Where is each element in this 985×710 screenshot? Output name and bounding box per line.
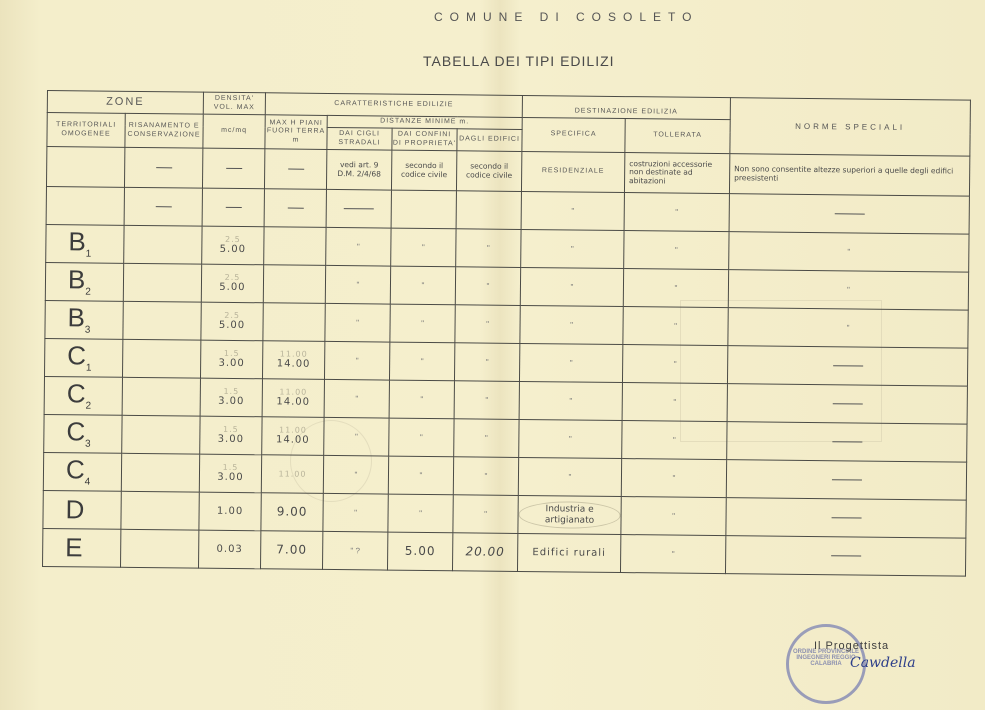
- max-height-cell: 9.00: [261, 493, 323, 532]
- property-distance-cell: ": [388, 456, 453, 495]
- density-cell: 1.00: [199, 492, 261, 531]
- header-from-road-edges: DAI CIGLI STRADALI: [327, 127, 392, 150]
- designer-signature: Cawdella: [850, 655, 916, 671]
- header-max-height: MAX H PIANI FUORI TERRA m: [265, 115, 327, 150]
- building-distance-cell: ": [453, 457, 518, 496]
- density-cell: 0.03: [199, 530, 261, 569]
- building-distance-cell: ": [454, 343, 519, 382]
- specific-use-cell: ": [520, 267, 623, 306]
- building-distance-cell: ": [455, 305, 520, 344]
- max-height-cell: 7.00: [260, 531, 322, 570]
- rehabilitation-cell: [122, 377, 200, 416]
- special-rules-cell: [729, 194, 969, 235]
- header-zone: ZONE: [47, 91, 203, 115]
- building-distance-cell: [456, 191, 521, 230]
- zone-cell: C4: [43, 452, 121, 491]
- special-rules-cell: [726, 460, 966, 501]
- zone-cell: C1: [44, 338, 122, 377]
- rehabilitation-cell: [124, 147, 202, 188]
- tolerated-use-cell: ": [623, 269, 728, 308]
- header-from-property-lines: DAI CONFINI DI PROPRIETA': [392, 128, 457, 151]
- property-distance-cell: ": [388, 494, 453, 533]
- road-distance-cell: ": [323, 493, 388, 532]
- property-distance-cell: ": [390, 266, 455, 305]
- building-distance-cell: ": [456, 229, 521, 268]
- header-special-rules: NORME SPECIALI: [730, 98, 971, 157]
- header-territorial-zones: TERRITORIALI OMOGENEE: [47, 113, 125, 148]
- rehabilitation-cell: [121, 491, 199, 530]
- building-distance-cell: 20.00: [452, 533, 517, 572]
- tolerated-use-cell: ": [621, 497, 726, 536]
- tolerated-use-cell: ": [620, 535, 725, 574]
- road-distance-cell: ": [324, 417, 389, 456]
- special-rules-cell: ": [728, 308, 968, 349]
- zone-cell: [46, 147, 124, 188]
- rehabilitation-cell: [121, 453, 199, 492]
- rehabilitation-cell: [124, 225, 202, 264]
- signature-label: Il Progettista: [814, 640, 889, 652]
- specific-use-cell: ": [521, 229, 624, 268]
- building-distance-cell: ": [453, 495, 518, 534]
- zone-cell: [46, 186, 124, 225]
- max-height-cell: 11.0014.00: [262, 379, 324, 418]
- property-distance-cell: ": [391, 228, 456, 267]
- zone-cell: B1: [46, 224, 124, 263]
- property-distance-cell: ": [390, 304, 455, 343]
- density-cell: 1.53.00: [200, 416, 262, 455]
- road-distance-cell: ": [323, 455, 388, 494]
- header-building-use: DESTINAZIONE EDILIZIA: [522, 95, 730, 119]
- density-cell: 2.55.00: [201, 302, 263, 341]
- road-distance-cell: " ?: [322, 531, 387, 570]
- road-distance-cell: vedi art. 9 D.M. 2/4/68: [326, 149, 391, 190]
- max-height-cell: [264, 189, 326, 228]
- specific-use-cell: ": [518, 457, 621, 496]
- specific-use-cell: ": [519, 343, 622, 382]
- building-distance-cell: secondo il codice civile: [456, 151, 521, 192]
- building-distance-cell: ": [455, 267, 520, 306]
- header-specific: SPECIFICA: [522, 117, 625, 152]
- specific-use-cell: Edifici rurali: [517, 533, 620, 572]
- specific-use-cell: ": [519, 419, 622, 458]
- property-distance-cell: 5.00: [387, 532, 452, 571]
- max-height-cell: 11.00: [261, 455, 323, 494]
- road-distance-cell: ": [324, 341, 389, 380]
- special-rules-cell: [727, 346, 967, 387]
- property-distance-cell: ": [389, 380, 454, 419]
- max-height-cell: 11.0014.00: [262, 417, 324, 456]
- rehabilitation-cell: [122, 339, 200, 378]
- special-rules-cell: [725, 536, 965, 577]
- road-distance-cell: [326, 189, 391, 228]
- building-distance-cell: ": [454, 381, 519, 420]
- building-types-table: ZONE DENSITA' VOL. MAX CARATTERISTICHE E…: [42, 90, 971, 577]
- document-title: TABELLA DEI TIPI EDILIZI: [423, 53, 615, 69]
- specific-use-cell: Industria e artigianato: [518, 495, 621, 534]
- property-distance-cell: ": [389, 418, 454, 457]
- rehabilitation-cell: [124, 187, 202, 226]
- tolerated-use-cell: ": [624, 193, 729, 232]
- rehabilitation-cell: [122, 415, 200, 454]
- rehabilitation-cell: [123, 263, 201, 302]
- density-cell: 2.55.00: [202, 226, 264, 265]
- zone-cell: B2: [45, 262, 123, 301]
- specific-use-cell: ": [520, 305, 623, 344]
- special-rules-cell: [726, 498, 966, 539]
- max-height-label: MAX H PIANI FUORI TERRA: [267, 120, 325, 136]
- density-cell: 1.53.00: [199, 454, 261, 493]
- building-distance-cell: ": [454, 419, 519, 458]
- rehabilitation-cell: [123, 301, 201, 340]
- tolerated-use-cell: ": [622, 383, 727, 422]
- tolerated-use-cell: ": [623, 307, 728, 346]
- road-distance-cell: ": [325, 265, 390, 304]
- density-cell: 2.55.00: [201, 264, 263, 303]
- header-tolerated: TOLLERATA: [625, 119, 730, 154]
- zone-cell: D: [43, 490, 121, 529]
- tolerated-use-cell: ": [621, 459, 726, 498]
- zone-cell: C2: [44, 376, 122, 415]
- header-from-buildings: DAGLI EDIFICI: [457, 129, 522, 152]
- zone-cell: C3: [44, 414, 122, 453]
- header-rehabilitation: RISANAMENTO E CONSERVAZIONE: [125, 113, 203, 148]
- tolerated-use-cell: ": [622, 345, 727, 384]
- max-height-cell: [263, 265, 325, 304]
- max-height-cell: 11.0014.00: [262, 341, 324, 380]
- municipality-heading: COMUNE DI COSOLETO: [434, 10, 698, 24]
- max-height-cell: [263, 303, 325, 342]
- density-cell: 1.53.00: [200, 378, 262, 417]
- special-rules-cell: [727, 422, 967, 463]
- property-distance-cell: secondo il codice civile: [391, 150, 456, 191]
- tolerated-use-cell: ": [622, 421, 727, 460]
- property-distance-cell: [391, 190, 456, 229]
- road-distance-cell: ": [325, 303, 390, 342]
- max-height-unit: m: [293, 136, 300, 143]
- road-distance-cell: ": [326, 227, 391, 266]
- density-cell: 1.53.00: [200, 340, 262, 379]
- zone-cell: B3: [45, 300, 123, 339]
- density-cell: [202, 188, 264, 227]
- specific-use-cell: RESIDENZIALE: [521, 151, 624, 192]
- header-building-characteristics: CARATTERISTICHE EDILIZIE: [265, 93, 522, 118]
- density-cell: [202, 148, 264, 189]
- rehabilitation-cell: [121, 529, 199, 568]
- special-rules-cell: Non sono consentite altezze superiori a …: [729, 154, 969, 197]
- header-density: DENSITA' VOL. MAX: [203, 92, 265, 115]
- special-rules-cell: [727, 384, 967, 425]
- tolerated-use-cell: costruzioni accessorie non destinate ad …: [624, 153, 729, 194]
- property-distance-cell: ": [389, 342, 454, 381]
- max-height-cell: [264, 149, 326, 190]
- special-rules-cell: ": [729, 232, 969, 273]
- header-density-unit: mc/mq: [203, 114, 265, 149]
- special-rules-cell: ": [728, 270, 968, 311]
- tolerated-use-cell: ": [624, 231, 729, 270]
- specific-use-cell: ": [519, 381, 622, 420]
- road-distance-cell: ": [324, 379, 389, 418]
- zone-cell: E: [43, 528, 121, 567]
- max-height-cell: [264, 227, 326, 266]
- specific-use-cell: ": [521, 191, 624, 230]
